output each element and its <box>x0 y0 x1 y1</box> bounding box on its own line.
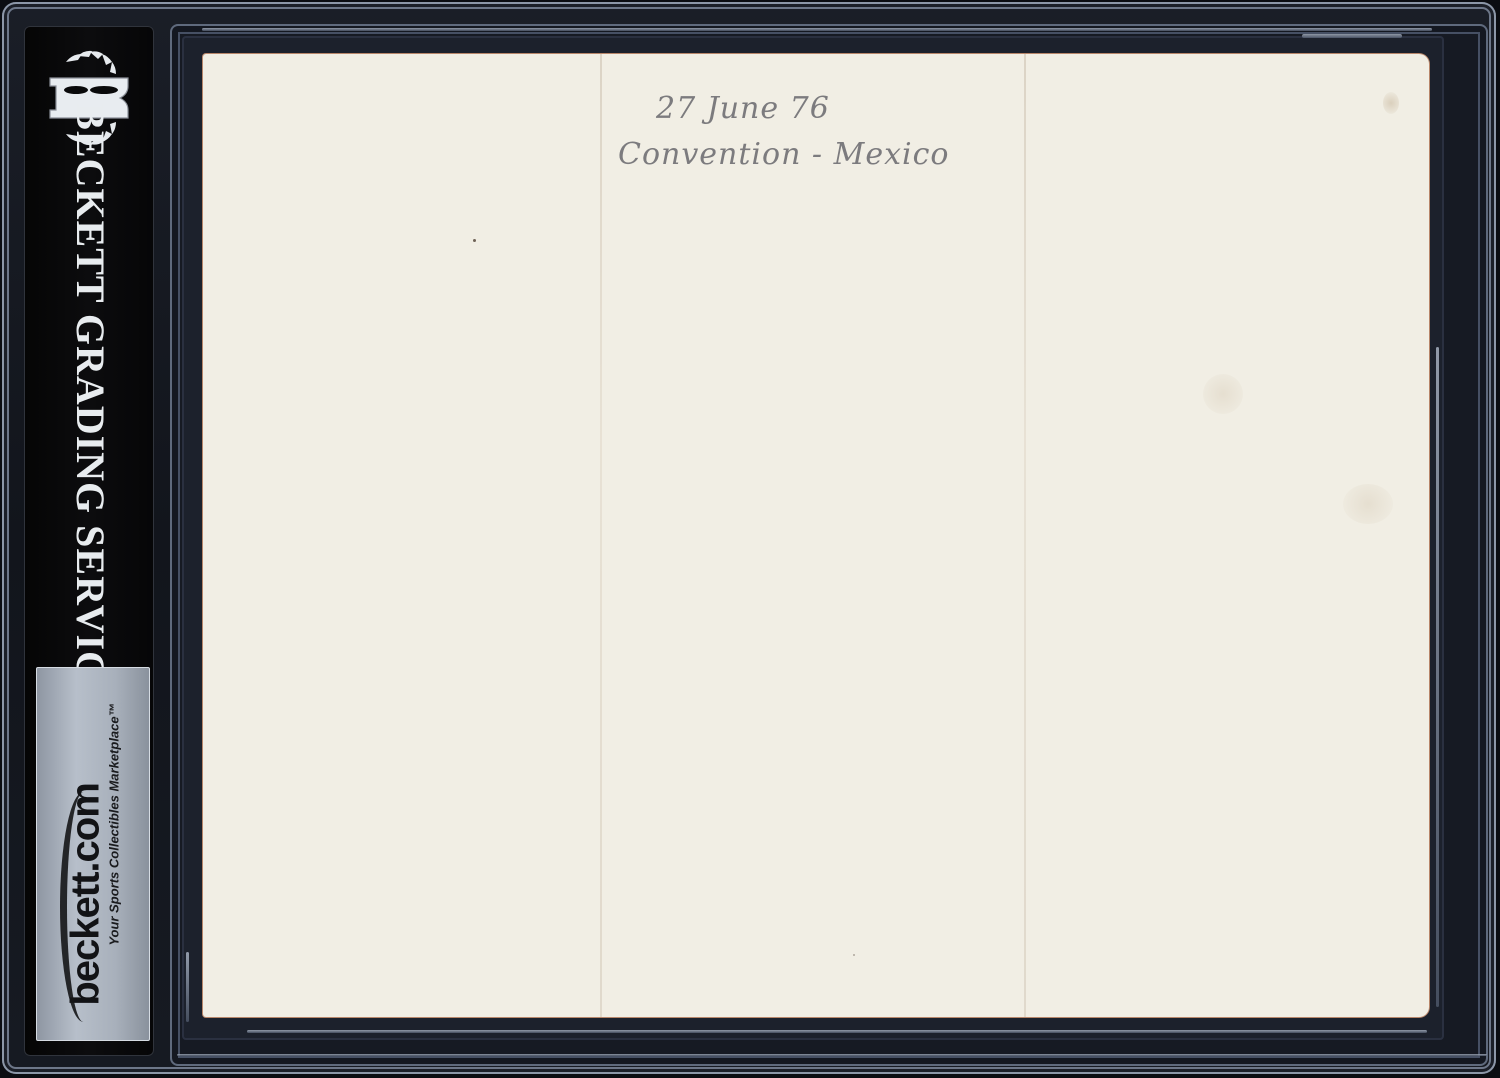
fold-line-right <box>1024 54 1026 1017</box>
left-rail-clip <box>186 952 189 1022</box>
grader-brand-text: BECKETT GRADING SERVICES <box>50 162 130 672</box>
paper-speck <box>853 954 855 956</box>
handwritten-event: Convention - Mexico <box>618 132 978 178</box>
paper-stain <box>1343 484 1393 524</box>
document-back: 27 June 76 Convention - Mexico <box>203 54 1429 1017</box>
bottom-outer-rail <box>177 1054 1487 1056</box>
fold-line-left <box>600 54 602 1017</box>
right-rail <box>1436 347 1439 1007</box>
paper-stain <box>1383 92 1399 114</box>
top-rail-clip <box>1302 34 1402 38</box>
grading-slab: BECKETT GRADING SERVICES beckett.com You… <box>2 2 1496 1074</box>
handwritten-note: 27 June 76 Convention - Mexico <box>618 86 978 178</box>
paper-stain <box>1203 374 1243 414</box>
paper-speck <box>473 239 476 242</box>
bottom-rail <box>247 1030 1427 1033</box>
sticker-tagline: Your Sports Collectibles Marketplace™ <box>107 703 122 945</box>
handwritten-date: 27 June 76 <box>618 86 978 132</box>
top-rail <box>202 28 1432 31</box>
sticker-swoosh-icon <box>60 792 107 1022</box>
